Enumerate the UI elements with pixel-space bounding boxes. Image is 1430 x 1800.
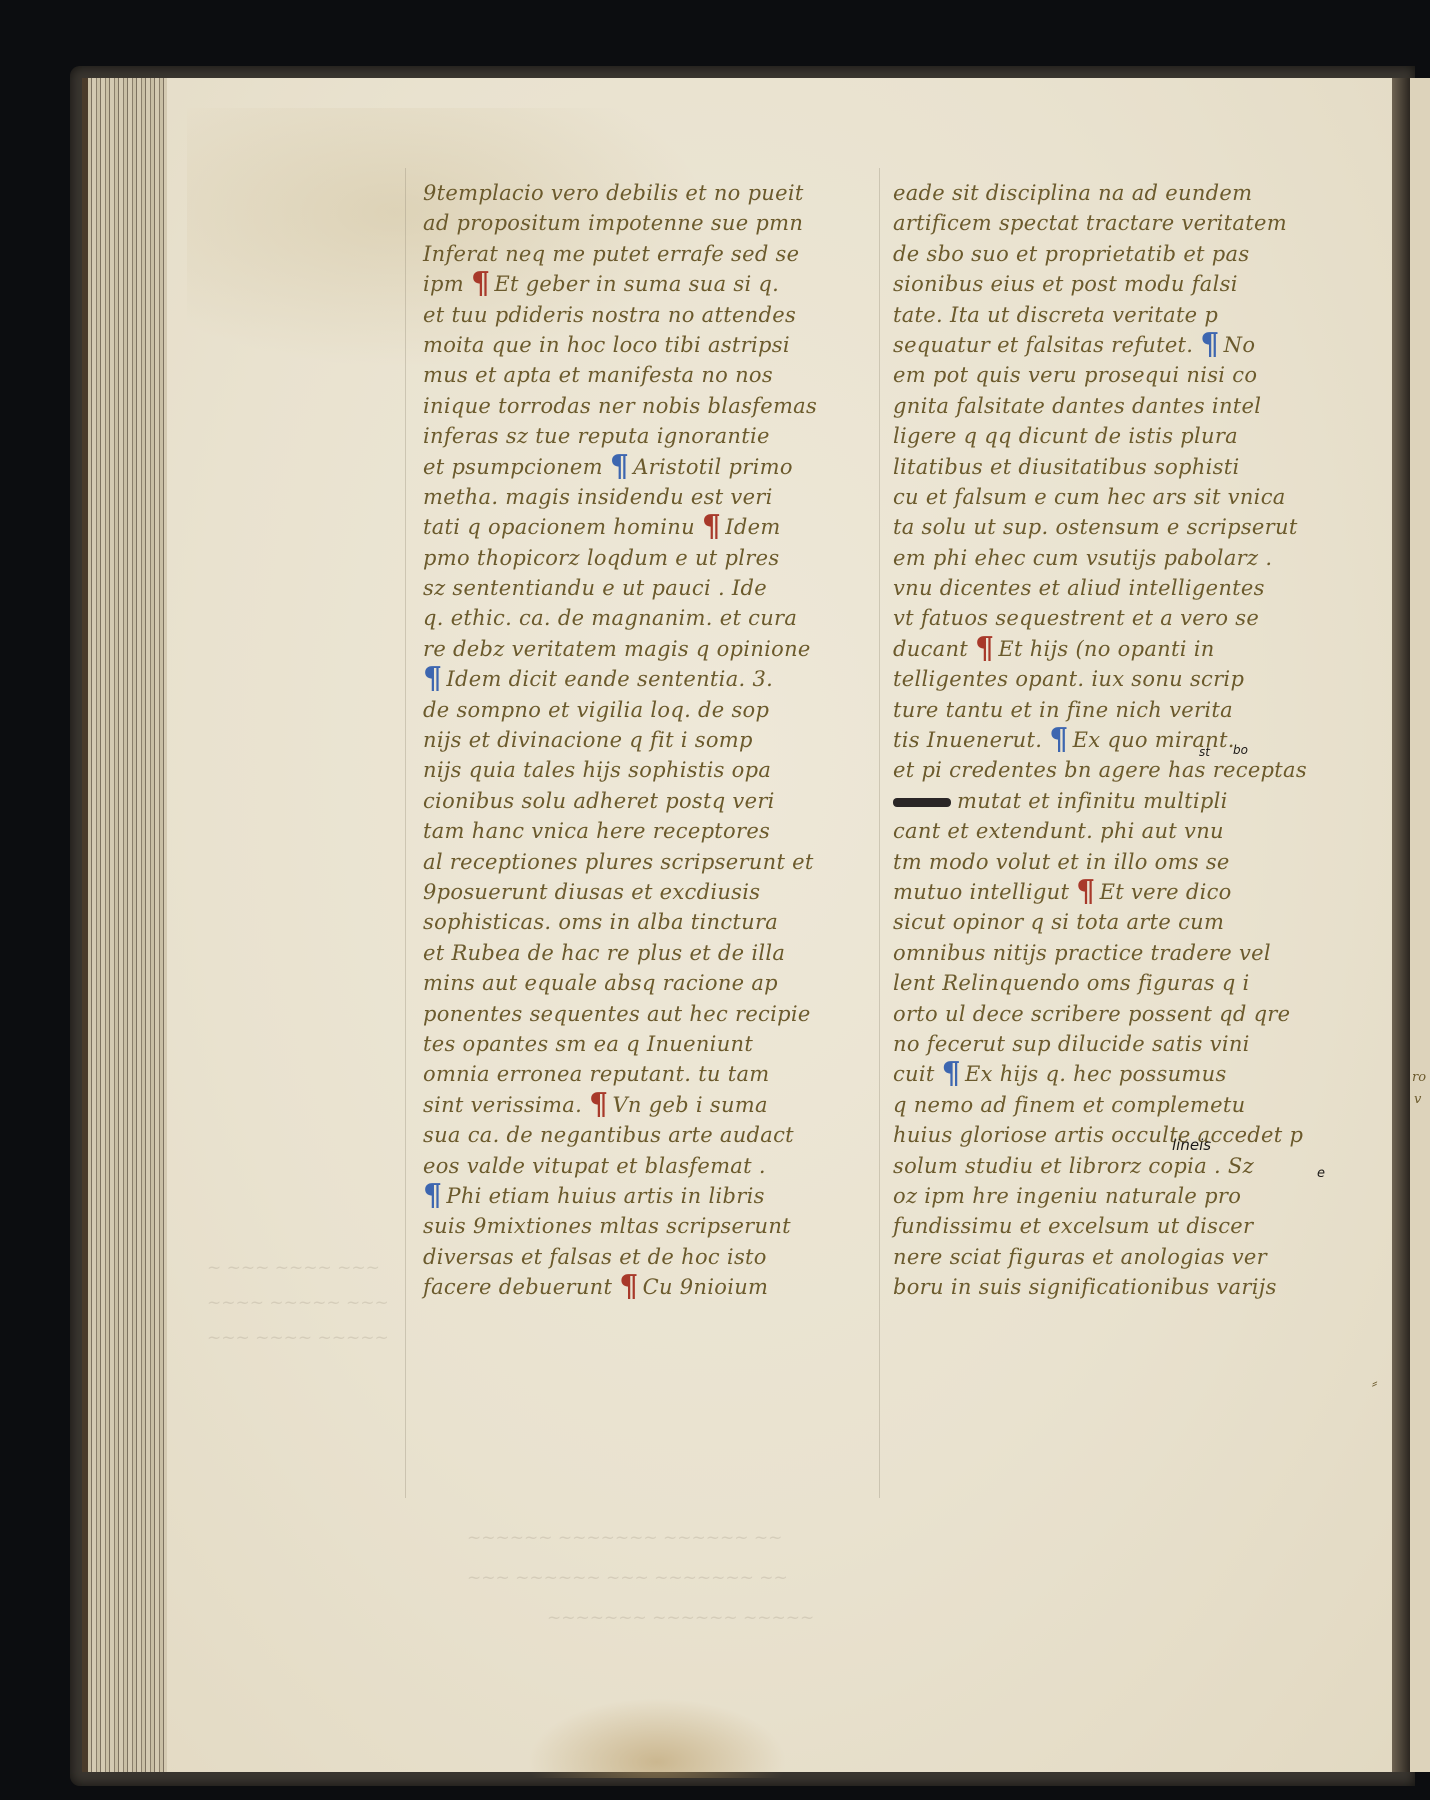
gloss-e: e: [1317, 1166, 1325, 1181]
line-text: q nemo ad finem et complemetu: [893, 1093, 1245, 1117]
ruling-line: [405, 168, 406, 1498]
gloss-st: st: [1199, 745, 1210, 759]
manuscript-line: nere sciat figuras et anologias ver: [893, 1242, 1373, 1272]
line-text: eos valde vitupat et blasfemat .: [423, 1154, 766, 1178]
line-text: nijs et divinacione q fit i somp: [423, 728, 753, 752]
manuscript-line: gnita falsitate dantes dantes intel: [893, 391, 1373, 421]
manuscript-line: mins aut equale absq racione ap: [423, 968, 883, 998]
manuscript-line: sionibus eius et post modu falsi: [893, 269, 1373, 299]
manuscript-line: em phi ehec cum vsutijs pabolarz .: [893, 543, 1373, 573]
manuscript-line: tam hanc vnica here receptores: [423, 816, 883, 846]
manuscript-line: telligentes opant. iux sonu scrip: [893, 664, 1373, 694]
manuscript-line: suis 9mixtiones mltas scripserunt: [423, 1211, 883, 1241]
struck-out-word: [893, 798, 951, 807]
manuscript-line: al receptiones plures scripserunt et: [423, 847, 883, 877]
manuscript-line: tati q opacionem hominu ¶Idem: [423, 512, 883, 542]
manuscript-line: mus et apta et manifesta no nos: [423, 360, 883, 390]
line-text: al receptiones plures scripserunt et: [423, 850, 814, 874]
manuscript-line: de sompno et vigilia loq. de sop: [423, 695, 883, 725]
line-text: inferas sz tue reputa ignorantie: [423, 424, 770, 448]
line-text: Ex hijs q. hec possumus: [965, 1062, 1227, 1086]
manuscript-line: mutuo intelligut ¶Et vere dico: [893, 877, 1373, 907]
line-text: metha. magis insidendu est veri: [423, 485, 773, 509]
line-text: litatibus et diusitatibus sophisti: [893, 455, 1239, 479]
manuscript-line: cuit ¶Ex hijs q. hec possumus: [893, 1059, 1373, 1089]
line-text: et Rubea de hac re plus et de illa: [423, 941, 785, 965]
manuscript-line: orto ul dece scribere possent qd qre: [893, 999, 1373, 1029]
line-text: 9posuerunt diusas et excdiusis: [423, 880, 760, 904]
line-text: artificem spectat tractare veritatem: [893, 211, 1287, 235]
manuscript-line: nijs et divinacione q fit i somp: [423, 725, 883, 755]
line-text: oz ipm hre ingeniu naturale pro: [893, 1184, 1241, 1208]
page-edges: [82, 78, 173, 1772]
gloss-bo: bo: [1233, 743, 1248, 757]
line-text: ture tantu et in fine nich verita: [893, 698, 1233, 722]
manuscript-line: em pot quis veru prosequi nisi co: [893, 360, 1373, 390]
red-pilcrow-icon: ¶: [975, 637, 994, 661]
show-through-text: ~~~~ ~~~~~ ~~~: [207, 1293, 389, 1313]
manuscript-line: tis Inuenerut. ¶Ex quo mirant.: [893, 725, 1373, 755]
manuscript-line: et pi credentes bn agere has receptas: [893, 755, 1373, 785]
line-text-before-pilcrow: tati q opacionem hominu: [423, 515, 702, 539]
red-pilcrow-icon: ¶: [619, 1275, 638, 1299]
line-text: omnia erronea reputant. tu tam: [423, 1062, 770, 1086]
line-text: orto ul dece scribere possent qd qre: [893, 1002, 1290, 1026]
red-pilcrow-icon: ¶: [589, 1093, 608, 1117]
manuscript-line: sophisticas. oms in alba tinctura: [423, 907, 883, 937]
manuscript-line: 9posuerunt diusas et excdiusis: [423, 877, 883, 907]
line-text: telligentes opant. iux sonu scrip: [893, 667, 1244, 691]
manuscript-line: boru in suis significationibus varijs: [893, 1272, 1373, 1302]
line-text-before-pilcrow: et psumpcionem: [423, 455, 610, 479]
facing-page-fragment: ro: [1412, 1070, 1426, 1085]
facing-page-fragment: v: [1414, 1092, 1421, 1107]
left-text-column: 9templacio vero debilis et no pueitad pr…: [423, 178, 883, 1302]
manuscript-line: artificem spectat tractare veritatem: [893, 208, 1373, 238]
line-text: Idem: [725, 515, 780, 539]
line-text: tm modo volut et in illo oms se: [893, 850, 1230, 874]
line-text: cu et falsum e cum hec ars sit vnica: [893, 485, 1286, 509]
show-through-text: ~~~~~~~ ~~~~~~ ~~~~~: [547, 1608, 814, 1628]
manuscript-line: ad propositum impotenne sue pmn: [423, 208, 883, 238]
manuscript-line: re debz veritatem magis q opinione: [423, 634, 883, 664]
line-text: Idem dicit eande sententia. 3.: [446, 667, 773, 691]
line-text: sophisticas. oms in alba tinctura: [423, 910, 778, 934]
manuscript-line: pmo thopicorz loqdum e ut plres: [423, 543, 883, 573]
blue-pilcrow-icon: ¶: [423, 667, 442, 691]
line-text-before-pilcrow: cuit: [893, 1062, 942, 1086]
line-text: tes opantes sm ea q Inueniunt: [423, 1032, 753, 1056]
gutter: [1392, 78, 1410, 1772]
manuscript-line: de sbo suo et proprietatib et pas: [893, 239, 1373, 269]
line-text: eade sit disciplina na ad eundem: [893, 181, 1252, 205]
line-text: omnibus nitijs practice tradere vel: [893, 941, 1271, 965]
manuscript-line: ta solu ut sup. ostensum e scripserut: [893, 512, 1373, 542]
line-text: gnita falsitate dantes dantes intel: [893, 394, 1261, 418]
line-text: vnu dicentes et aliud intelligentes: [893, 576, 1265, 600]
line-text: mus et apta et manifesta no nos: [423, 363, 773, 387]
manuscript-page: ~ ~~~ ~~~~ ~~~ ~~~~ ~~~~~ ~~~ ~~~ ~~~~ ~…: [167, 78, 1392, 1772]
manuscript-line: sicut opinor q si tota arte cum: [893, 907, 1373, 937]
line-text: Cu 9nioium: [643, 1275, 769, 1299]
line-text: ponentes sequentes aut hec recipie: [423, 1002, 811, 1026]
line-text: tam hanc vnica here receptores: [423, 819, 770, 843]
show-through-text: ~~~ ~~~~ ~~~~~: [207, 1328, 389, 1348]
manuscript-line: cionibus solu adheret postq veri: [423, 786, 883, 816]
line-text: nere sciat figuras et anologias ver: [893, 1245, 1267, 1269]
line-text: sionibus eius et post modu falsi: [893, 272, 1238, 296]
manuscript-line: et tuu pdideris nostra no attendes: [423, 300, 883, 330]
manuscript-line: et Rubea de hac re plus et de illa: [423, 938, 883, 968]
line-text: solum studiu et librorz copia . Sz: [893, 1154, 1254, 1178]
manuscript-line: ¶Phi etiam huius artis in libris: [423, 1181, 883, 1211]
manuscript-line: sua ca. de negantibus arte audact: [423, 1120, 883, 1150]
manuscript-line: ponentes sequentes aut hec recipie: [423, 999, 883, 1029]
line-text: mins aut equale absq racione ap: [423, 971, 778, 995]
line-text-before-pilcrow: ipm: [423, 272, 471, 296]
line-text: fundissimu et excelsum ut discer: [893, 1214, 1253, 1238]
line-text: 9templacio vero debilis et no pueit: [423, 181, 804, 205]
line-text: boru in suis significationibus varijs: [893, 1275, 1277, 1299]
line-text: de sbo suo et proprietatib et pas: [893, 242, 1249, 266]
line-text: inique torrodas ner nobis blasfemas: [423, 394, 817, 418]
line-text-before-pilcrow: ducant: [893, 637, 975, 661]
manuscript-line: lent Relinquendo oms figuras q i: [893, 968, 1373, 998]
blue-pilcrow-icon: ¶: [942, 1062, 961, 1086]
line-text: em pot quis veru prosequi nisi co: [893, 363, 1257, 387]
line-text: sua ca. de negantibus arte audact: [423, 1123, 794, 1147]
line-text: de sompno et vigilia loq. de sop: [423, 698, 769, 722]
manuscript-line: inferas sz tue reputa ignorantie: [423, 421, 883, 451]
line-text-before-pilcrow: facere debuerunt: [423, 1275, 619, 1299]
blue-pilcrow-icon: ¶: [610, 455, 629, 479]
manuscript-line: eade sit disciplina na ad eundem: [893, 178, 1373, 208]
line-text: diversas et falsas et de hoc isto: [423, 1245, 767, 1269]
red-pilcrow-icon: ¶: [702, 515, 721, 539]
line-text-before-pilcrow: tis Inuenerut.: [893, 728, 1049, 752]
line-text: Inferat neq me putet errafe sed se: [423, 242, 799, 266]
manuscript-line: sint verissima. ¶Vn geb i suma: [423, 1090, 883, 1120]
line-text: sicut opinor q si tota arte cum: [893, 910, 1224, 934]
manuscript-line: cant et extendunt. phi aut vnu: [893, 816, 1373, 846]
blue-pilcrow-icon: ¶: [1200, 333, 1219, 357]
blue-pilcrow-icon: ¶: [1049, 728, 1068, 752]
manuscript-line: ture tantu et in fine nich verita: [893, 695, 1373, 725]
line-text: No: [1224, 333, 1256, 357]
line-text: ad propositum impotenne sue pmn: [423, 211, 803, 235]
foxing-stain: [527, 1698, 787, 1778]
line-text: cant et extendunt. phi aut vnu: [893, 819, 1224, 843]
line-text: cionibus solu adheret postq veri: [423, 789, 775, 813]
manuscript-line: sz sententiandu e ut pauci . Ide: [423, 573, 883, 603]
line-text: ligere q qq dicunt de istis plura: [893, 424, 1238, 448]
line-text: Et vere dico: [1100, 880, 1232, 904]
manuscript-line: tm modo volut et in illo oms se: [893, 847, 1373, 877]
manuscript-line: mutat et infinitu multipli: [893, 786, 1373, 816]
line-text: no fecerut sup dilucide satis vini: [893, 1032, 1250, 1056]
line-text: moita que in hoc loco tibi astripsi: [423, 333, 790, 357]
manuscript-line: et psumpcionem ¶Aristotil primo: [423, 452, 883, 482]
line-text: huius gloriose artis occulte accedet p: [893, 1123, 1303, 1147]
margin-mark: ⸗: [1372, 1373, 1377, 1393]
manuscript-line: no fecerut sup dilucide satis vini: [893, 1029, 1373, 1059]
line-text: ta solu ut sup. ostensum e scripserut: [893, 515, 1298, 539]
line-text: mutat et infinitu multipli: [957, 789, 1228, 813]
show-through-text: ~~~ ~~~~~~ ~~~ ~~~~~~~ ~~: [467, 1568, 788, 1588]
manuscript-line: tes opantes sm ea q Inueniunt: [423, 1029, 883, 1059]
manuscript-line: cu et falsum e cum hec ars sit vnica: [893, 482, 1373, 512]
manuscript-line: fundissimu et excelsum ut discer: [893, 1211, 1373, 1241]
red-pilcrow-icon: ¶: [471, 272, 490, 296]
line-text: lent Relinquendo oms figuras q i: [893, 971, 1250, 995]
facing-page-edge: [1410, 78, 1430, 1772]
line-text: nijs quia tales hijs sophistis opa: [423, 758, 771, 782]
manuscript-line: vnu dicentes et aliud intelligentes: [893, 573, 1373, 603]
manuscript-line: litatibus et diusitatibus sophisti: [893, 452, 1373, 482]
right-text-column: eade sit disciplina na ad eundemartifice…: [893, 178, 1373, 1302]
gloss-lineis: lineis: [1172, 1136, 1211, 1154]
line-text-before-pilcrow: sequatur et falsitas refutet.: [893, 333, 1200, 357]
line-text: Ex quo mirant.: [1073, 728, 1235, 752]
line-text: pmo thopicorz loqdum e ut plres: [423, 546, 779, 570]
line-text: Phi etiam huius artis in libris: [446, 1184, 764, 1208]
manuscript-line: omnia erronea reputant. tu tam: [423, 1059, 883, 1089]
manuscript-line: huius gloriose artis occulte accedet p: [893, 1120, 1373, 1150]
line-text: em phi ehec cum vsutijs pabolarz .: [893, 546, 1272, 570]
show-through-text: ~~~~~~ ~~~~~~~ ~~~~~~ ~~: [467, 1528, 782, 1548]
line-text: suis 9mixtiones mltas scripserunt: [423, 1214, 791, 1238]
manuscript-line: tate. Ita ut discreta veritate p: [893, 300, 1373, 330]
manuscript-line: ducant ¶Et hijs (no opanti in: [893, 634, 1373, 664]
manuscript-line: q nemo ad finem et complemetu: [893, 1090, 1373, 1120]
line-text: et tuu pdideris nostra no attendes: [423, 303, 796, 327]
manuscript-line: q. ethic. ca. de magnanim. et cura: [423, 603, 883, 633]
line-text: q. ethic. ca. de magnanim. et cura: [423, 606, 797, 630]
line-text-before-pilcrow: sint verissima.: [423, 1093, 589, 1117]
line-text: sz sententiandu e ut pauci . Ide: [423, 576, 767, 600]
manuscript-line: sequatur et falsitas refutet. ¶No: [893, 330, 1373, 360]
manuscript-line: eos valde vitupat et blasfemat .: [423, 1151, 883, 1181]
manuscript-line: omnibus nitijs practice tradere vel: [893, 938, 1373, 968]
manuscript-line: moita que in hoc loco tibi astripsi: [423, 330, 883, 360]
line-text: et pi credentes bn agere has receptas: [893, 758, 1307, 782]
line-text: Et geber in suma sua si q.: [494, 272, 779, 296]
line-text: Et hijs (no opanti in: [998, 637, 1214, 661]
manuscript-line: Inferat neq me putet errafe sed se: [423, 239, 883, 269]
manuscript-line: ipm ¶Et geber in suma sua si q.: [423, 269, 883, 299]
red-pilcrow-icon: ¶: [1076, 880, 1095, 904]
manuscript-line: ligere q qq dicunt de istis plura: [893, 421, 1373, 451]
manuscript-line: inique torrodas ner nobis blasfemas: [423, 391, 883, 421]
blue-pilcrow-icon: ¶: [423, 1184, 442, 1208]
manuscript-line: nijs quia tales hijs sophistis opa: [423, 755, 883, 785]
show-through-text: ~ ~~~ ~~~~ ~~~: [207, 1258, 380, 1278]
line-text: Vn geb i suma: [612, 1093, 767, 1117]
line-text: Aristotil primo: [633, 455, 793, 479]
line-text-before-pilcrow: mutuo intelligut: [893, 880, 1076, 904]
manuscript-line: metha. magis insidendu est veri: [423, 482, 883, 512]
manuscript-line: solum studiu et librorz copia . Sz: [893, 1151, 1373, 1181]
manuscript-line: facere debuerunt ¶Cu 9nioium: [423, 1272, 883, 1302]
line-text: tate. Ita ut discreta veritate p: [893, 303, 1218, 327]
manuscript-line: ¶Idem dicit eande sententia. 3.: [423, 664, 883, 694]
manuscript-line: diversas et falsas et de hoc isto: [423, 1242, 883, 1272]
manuscript-line: 9templacio vero debilis et no pueit: [423, 178, 883, 208]
manuscript-line: vt fatuos sequestrent et a vero se: [893, 603, 1373, 633]
line-text: vt fatuos sequestrent et a vero se: [893, 606, 1259, 630]
line-text: re debz veritatem magis q opinione: [423, 637, 811, 661]
manuscript-line: oz ipm hre ingeniu naturale pro: [893, 1181, 1373, 1211]
